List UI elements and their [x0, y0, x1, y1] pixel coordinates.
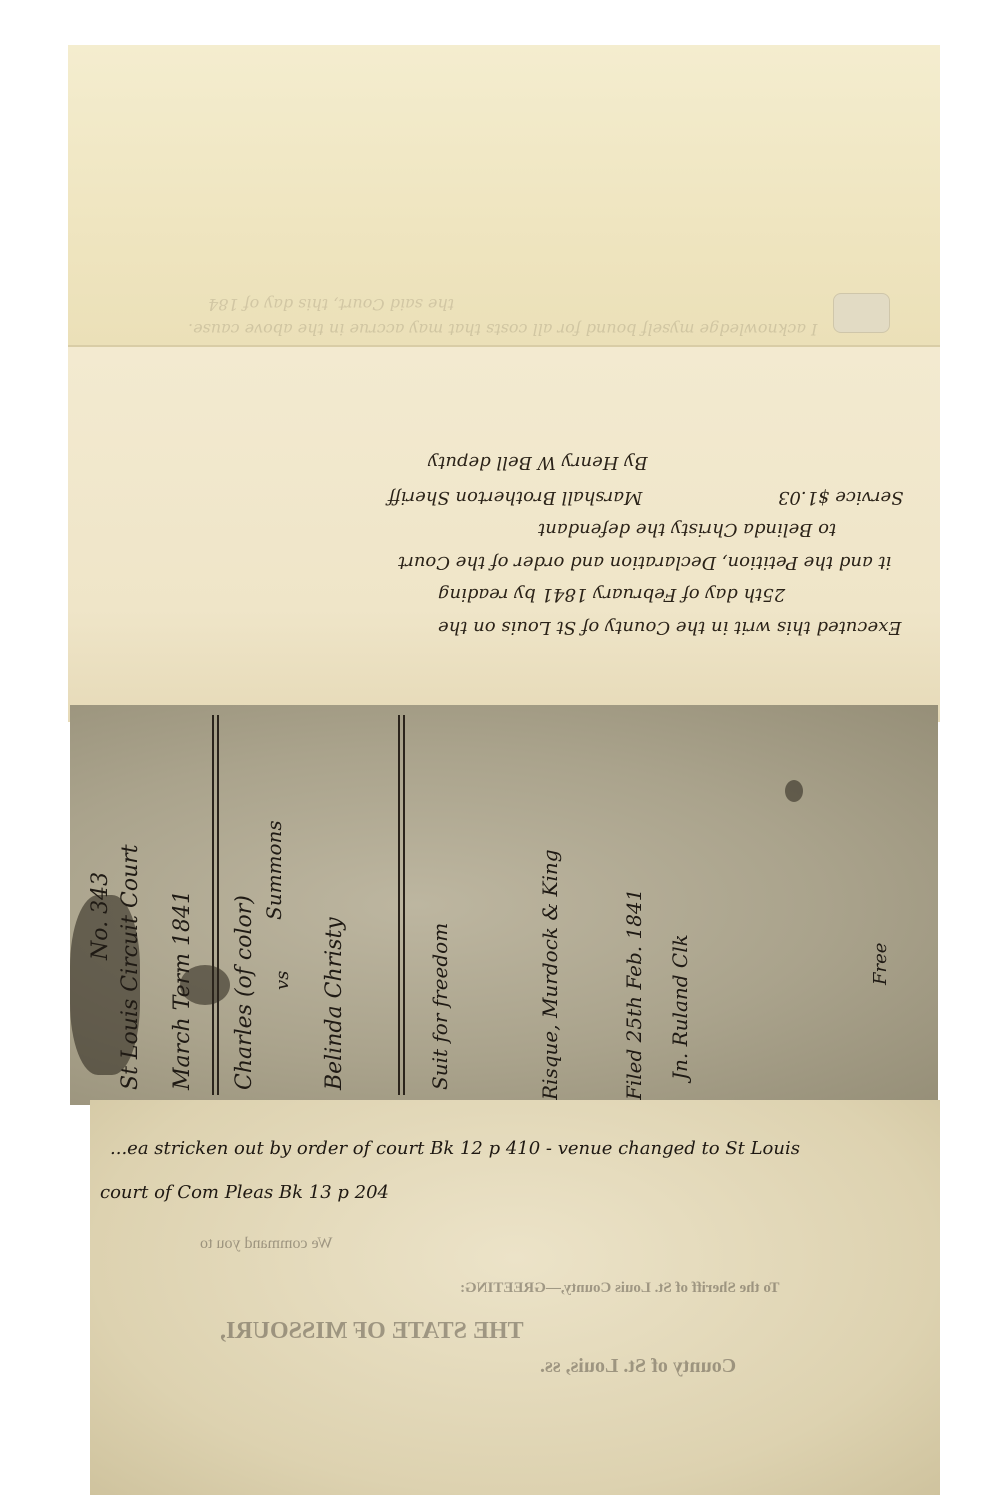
- seal-stamp: [833, 293, 890, 333]
- bottom-panel: ...ea stricken out by order of court Bk …: [90, 1100, 940, 1495]
- divider-line: [403, 715, 405, 1095]
- docket-cover-panel: [70, 705, 938, 1105]
- return-line-1: Executed this writ in the County of St L…: [438, 617, 901, 638]
- top-panel: the said Court, this day of 184 I acknow…: [68, 45, 940, 345]
- filed-date: Filed 25th Feb. 1841: [622, 889, 646, 1100]
- bleed-through-line: I acknowledge myself bound for all costs…: [188, 320, 817, 339]
- clerk: Jn. Ruland Clk: [668, 934, 692, 1080]
- bleed-through-line: the said Court, this day of 184: [208, 295, 454, 314]
- mirrored-print-command: We command you to: [200, 1235, 332, 1253]
- service-fee: Service $1.03: [778, 487, 904, 508]
- versus: vs: [272, 971, 293, 990]
- return-line-2: 25th day of February 1841 by reading: [438, 584, 785, 605]
- defendant: Belinda Christy: [322, 917, 347, 1090]
- divider-line: [212, 715, 214, 1095]
- mirrored-print-greeting: To the Sheriff of St. Louis County,—GREE…: [460, 1280, 780, 1297]
- divider-line: [217, 715, 219, 1095]
- court-name: St Louis Circuit Court: [118, 844, 143, 1090]
- action-type: Suit for freedom: [428, 923, 452, 1090]
- free-notation: Free: [870, 943, 891, 985]
- case-number: No. 343: [88, 872, 113, 960]
- handwritten-note-1: ...ea stricken out by order of court Bk …: [110, 1138, 800, 1159]
- mirrored-print-state: THE STATE OF MISSOURI,: [220, 1318, 524, 1345]
- mirrored-print-county: County of St. Louis, ss.: [540, 1355, 736, 1378]
- term: March Term 1841: [170, 890, 195, 1090]
- handwritten-note-2: court of Com Pleas Bk 13 p 204: [100, 1182, 389, 1203]
- sheriff-signature: Marshall Brotherton Sheriff: [388, 487, 642, 508]
- ink-stain: [785, 780, 803, 802]
- return-line-4: to Belinda Christy the defendant: [538, 519, 836, 540]
- plaintiff: Charles (of color): [232, 895, 257, 1090]
- divider-line: [398, 715, 400, 1095]
- attorneys: Risque, Murdock & King: [538, 849, 562, 1100]
- summons: Summons: [262, 820, 286, 920]
- return-line-3: it and the Petition, Declaration and ord…: [398, 552, 891, 573]
- sheriff-return-panel: Executed this writ in the County of St L…: [68, 345, 940, 722]
- deputy-signature: By Henry W Bell deputy: [428, 452, 648, 473]
